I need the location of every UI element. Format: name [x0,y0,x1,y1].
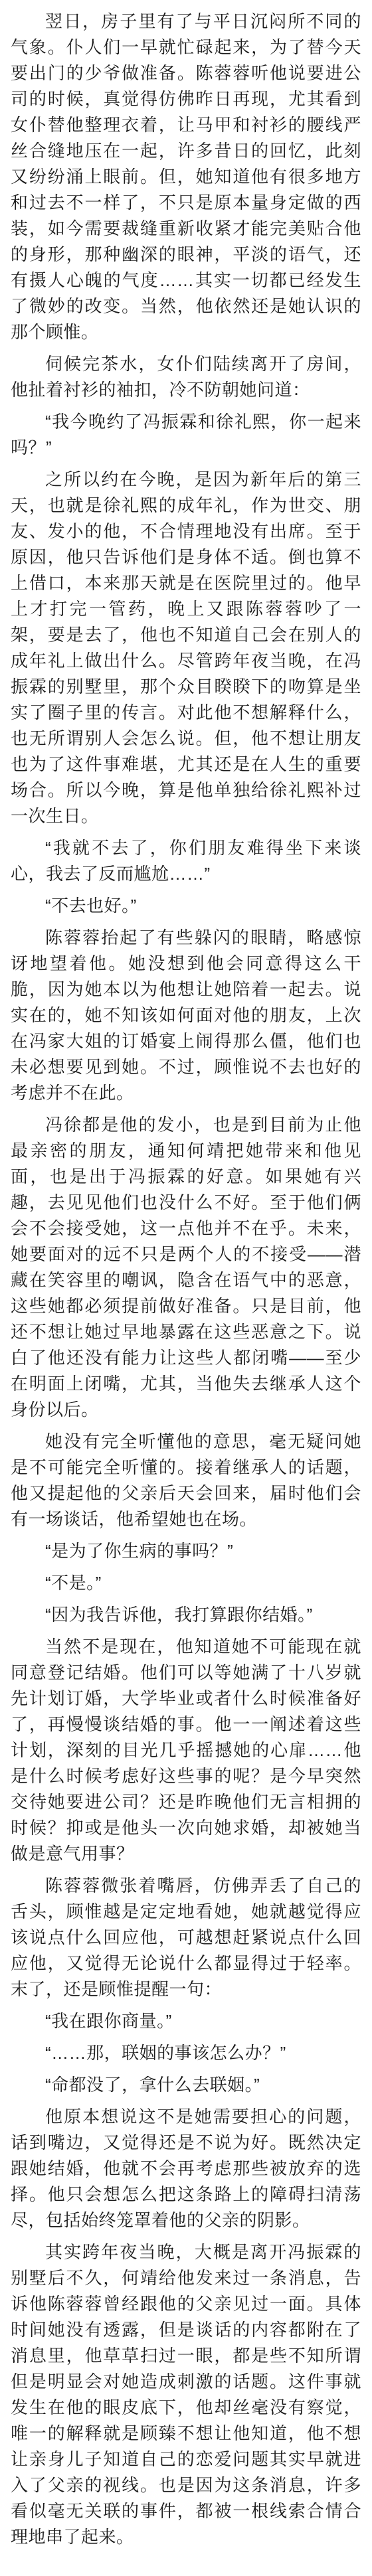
paragraph: “我在跟你商量。” [11,2008,361,2034]
novel-reader-page: 翌日，房子里有了与平日沉闷所不同的气象。仆人们一早就忙碌起来，为了替今天要出门的… [0,0,372,2576]
paragraph: “不是。” [11,1570,361,1596]
paragraph: “是为了你生病的事吗？” [11,1538,361,1564]
paragraph: 其实跨年夜当晚，大概是离开冯振霖的别墅后不久，何靖给他发来过一条消息，告诉他陈蓉… [11,2239,361,2550]
paragraph: 伺候完茶水，女仆们陆续离开了房间，他扯着衬衫的袖扣，冷不防朝她问道： [11,351,361,403]
paragraph: 陈蓉蓉微张着嘴唇，仿佛弄丢了自己的舌头，顾惟越是定定地看她，她就越觉得应该说点什… [11,1873,361,2002]
paragraph: 翌日，房子里有了与平日沉闷所不同的气象。仆人们一早就忙碌起来，为了替今天要出门的… [11,9,361,345]
paragraph: “不去也好。” [11,893,361,919]
paragraph: 陈蓉蓉抬起了有些躲闪的眼睛，略感惊讶地望着他。她没想到他会同意得这么干脆，因为她… [11,925,361,1106]
paragraph: “……那，联姻的事该怎么办？” [11,2040,361,2066]
paragraph: 他原本想说这不是她需要担心的问题，话到嘴边，又觉得还是不说为好。既然决定跟她结婚… [11,2104,361,2233]
paragraph: “命都没了，拿什么去联姻。” [11,2072,361,2098]
paragraph: “我今晚约了冯振霖和徐礼熙，你一起来吗？” [11,409,361,461]
paragraph: 当然不是现在，他知道她不可能现在就同意登记结婚。他们可以等她满了十八岁就先计划订… [11,1634,361,1867]
paragraph: 冯徐都是他的发小，也是到目前为止他最亲密的朋友，通知何靖把她带来和他见面，也是出… [11,1112,361,1423]
paragraph: “我就不去了，你们朋友难得坐下来谈心，我去了反而尴尬……” [11,835,361,887]
paragraph: “因为我告诉他，我打算跟你结婚。” [11,1602,361,1628]
paragraph: 之所以约在今晚，是因为新年后的第三天，也就是徐礼熙的成年礼，作为世交、朋友、发小… [11,467,361,829]
paragraph: 她没有完全听懂他的意思，毫无疑问她是不可能完全听懂的。接着继承人的话题，他又提起… [11,1429,361,1532]
